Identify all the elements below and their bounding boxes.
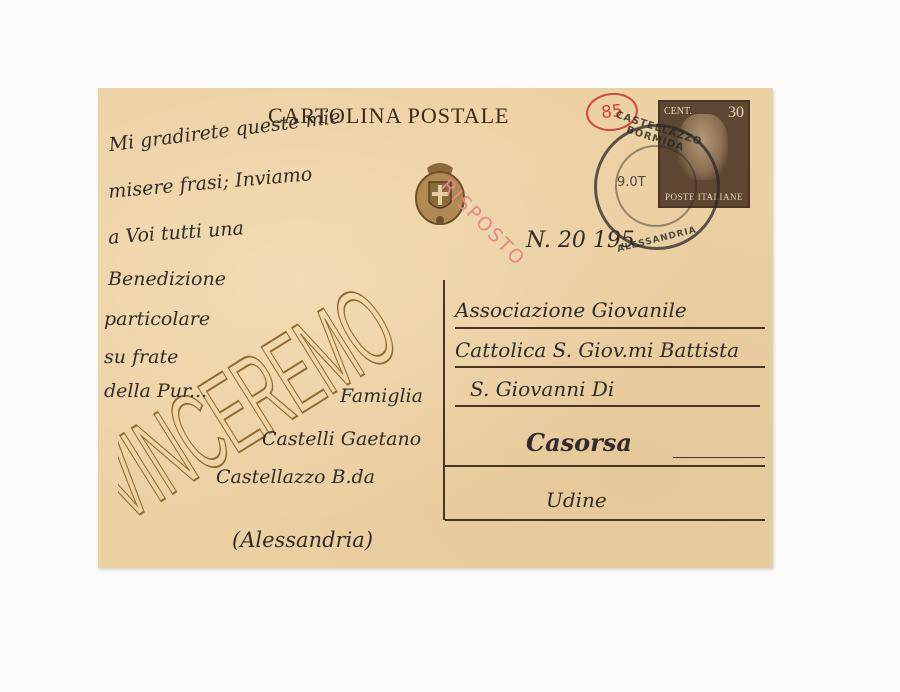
address-line: S. Giovanni Di	[470, 377, 614, 401]
sender-line: Famiglia	[340, 385, 423, 407]
address-rule	[445, 519, 765, 521]
address-rule	[673, 457, 765, 458]
message-line: Benedizione	[108, 268, 226, 290]
address-rule	[455, 405, 760, 407]
address-line: Udine	[546, 488, 607, 512]
address-rule	[455, 366, 765, 368]
address-line: Casorsa	[526, 428, 632, 457]
address-divider	[443, 280, 445, 520]
message-line: della Pur...	[104, 380, 207, 402]
stamp-value: 30	[728, 104, 744, 122]
sender-line: Castellazzo B.da	[216, 466, 375, 488]
address-rule	[445, 465, 765, 467]
message-line: su frate	[104, 346, 178, 368]
message-line: particolare	[104, 308, 210, 330]
sender-line: Castelli Gaetano	[262, 428, 421, 450]
address-line: Associazione Giovanile	[455, 298, 687, 322]
stamp-currency-label: CENT.	[664, 106, 692, 117]
address-line: Cattolica S. Giov.mi Battista	[455, 338, 739, 362]
postmark-date: 9.0T	[617, 175, 646, 190]
sender-line: (Alessandria)	[232, 528, 373, 552]
reference-number: N. 20 195.	[526, 228, 642, 253]
address-rule	[455, 327, 765, 329]
